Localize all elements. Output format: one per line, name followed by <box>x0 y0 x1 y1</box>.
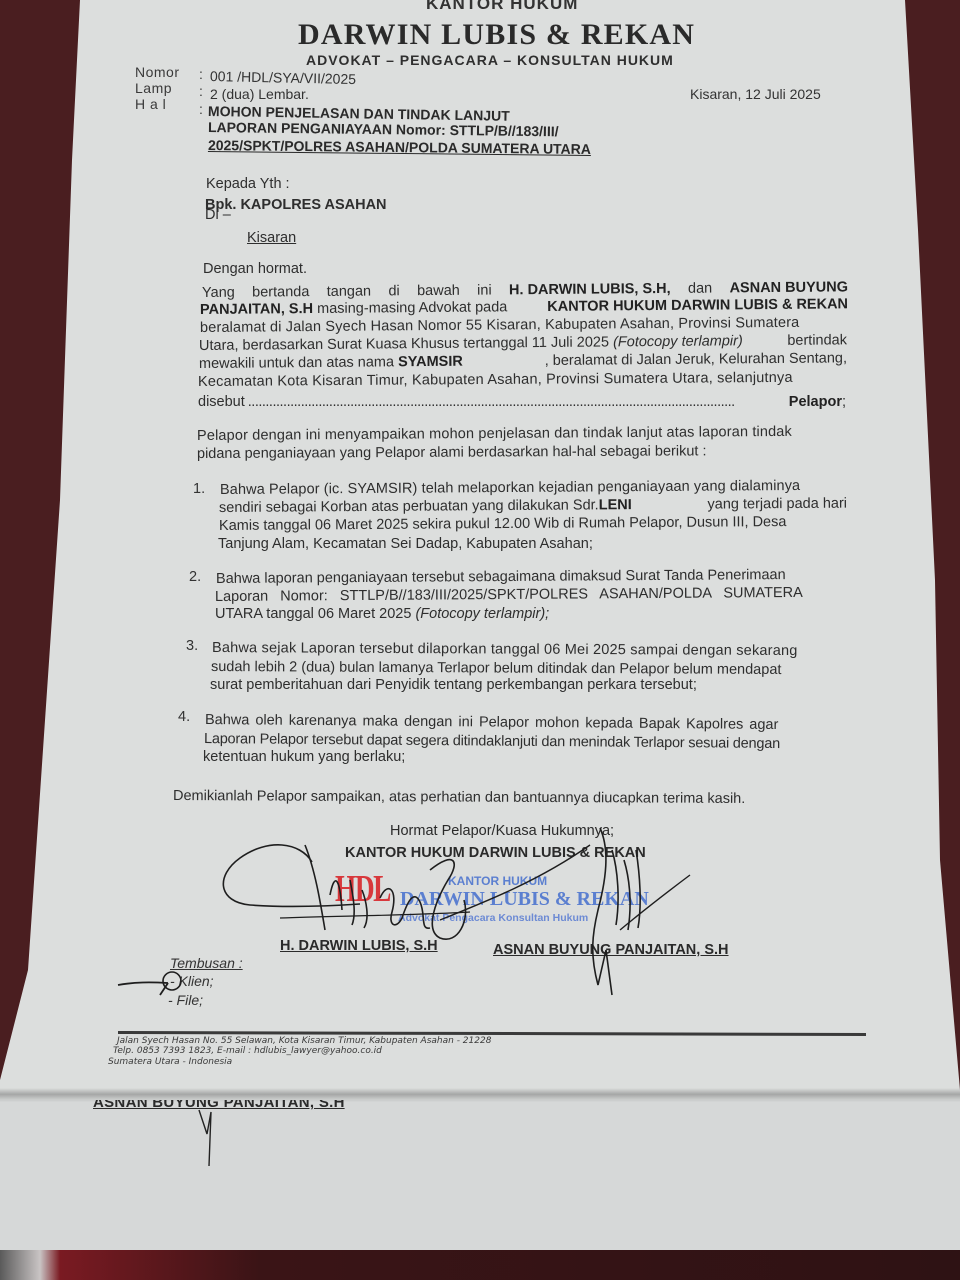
point-1-line-3: Kamis tanggal 06 Maret 2025 sekira pukul… <box>219 514 787 534</box>
footer-contact: Telp. 0853 7393 1823, E-mail : hdlubis_l… <box>113 1046 382 1056</box>
text: , beralamat di Jalan Jeruk, Kelurahan Se… <box>545 350 847 369</box>
nomor-value: 001 /HDL/SYA/VII/2025 <box>210 68 356 87</box>
point-1-line-1: Bahwa Pelapor (ic. SYAMSIR) telah melapo… <box>220 478 800 498</box>
signer-1-name: H. DARWIN LUBIS, S.H <box>280 938 438 954</box>
point-2-number: 2. <box>189 569 201 585</box>
point-2-line-3: UTARA tanggal 06 Maret 2025 (Fotocopy te… <box>215 606 549 622</box>
text: disebut <box>198 394 245 410</box>
intro-line-7: disebut ................................… <box>198 394 846 410</box>
accused-name-inline: LENI <box>599 497 632 513</box>
point-2-line-1: Bahwa laporan penganiayaan tersebut seba… <box>216 567 786 587</box>
point-4-number: 4. <box>178 709 190 725</box>
attachment-note: (Fotocopy terlampir); <box>415 606 549 622</box>
text: yang terjadi pada hari <box>703 496 847 513</box>
hal-line-3: 2025/SPKT/POLRES ASAHAN/POLDA SUMATERA U… <box>208 137 591 157</box>
place-date: Kisaran, 12 Juli 2025 <box>690 86 821 102</box>
stamp-line-2: DARWIN LUBIS & REKAN <box>400 888 649 911</box>
table-surface <box>0 1248 960 1280</box>
copies-label: Tembusan : <box>170 955 243 971</box>
signer-name-inline: ASNAN BUYUNG <box>729 279 848 296</box>
second-page-signature-stroke <box>195 1108 225 1168</box>
salutation: Dengan hormat. <box>203 261 307 277</box>
letterhead-firm-name: DARWIN LUBIS & REKAN <box>298 18 695 52</box>
point-3-line-1: Bahwa sejak Laporan tersebut dilaporkan … <box>212 640 798 659</box>
point-2-line-2: Laporan Nomor: STTLP/B//183/III/2025/SPK… <box>215 585 803 605</box>
text: UTARA tanggal 06 Maret 2025 <box>215 606 415 622</box>
signature-regards: Hormat Pelapor/Kuasa Hukumnya; <box>390 823 614 839</box>
text: mewakili untuk dan atas nama <box>199 354 398 372</box>
point-1-number: 1. <box>193 481 205 497</box>
stamp-line-3: Advokat Pengacara Konsultan Hukum <box>398 912 588 924</box>
text: ; <box>842 394 846 410</box>
intro-line-5: mewakili untuk dan atas nama SYAMSIR , b… <box>199 350 847 372</box>
nomor-colon: : <box>199 66 203 82</box>
word: bawah <box>417 283 460 299</box>
intro-line-6: Kecamatan Kota Kisaran Timur, Kabupaten … <box>198 370 793 390</box>
point-3-number: 3. <box>186 638 198 654</box>
signature-office: KANTOR HUKUM DARWIN LUBIS & REKAN <box>345 845 646 861</box>
letterhead-office-label: KANTOR HUKUM <box>426 0 578 14</box>
footer-region: Sumatera Utara - Indonesia <box>108 1057 232 1067</box>
text: sendiri sebagai Korban atas perbuatan ya… <box>219 497 599 516</box>
letterhead-tagline: ADVOKAT – PENGACARA – KONSULTAN HUKUM <box>306 52 674 68</box>
text: Utara, berdasarkan Surat Kuasa Khusus te… <box>199 334 613 354</box>
lamp-value: 2 (dua) Lembar. <box>210 86 309 102</box>
point-1-line-2: sendiri sebagai Korban atas perbuatan ya… <box>219 496 847 516</box>
hal-colon: : <box>199 101 203 117</box>
closing-sentence: Demikianlah Pelapor sampaikan, atas perh… <box>173 788 745 807</box>
second-page-sheet <box>0 1090 960 1250</box>
copies-item-file: - File; <box>168 992 203 1008</box>
lamp-label: Lamp <box>135 80 172 96</box>
point-4-line-1: Bahwa oleh karenanya maka dengan ini Pel… <box>205 712 779 733</box>
recipient-di: Di – <box>205 207 231 223</box>
firm-name-inline: KANTOR HUKUM DARWIN LUBIS & REKAN <box>547 296 848 315</box>
recipient-city: Kisaran <box>247 230 296 246</box>
point-4-line-3: ketentuan hukum yang berlaku; <box>203 749 405 765</box>
hal-line-2: LAPORAN PENGANIAYAAN Nomor: STTLP/B//183… <box>208 119 559 139</box>
stamp-hdl-logo: HDL <box>335 867 390 911</box>
point-1-line-4: Tanjung Alam, Kecamatan Sei Dadap, Kabup… <box>218 536 593 552</box>
text: bertindak <box>783 332 847 349</box>
point-3-line-3: surat pemberitahuan dari Penyidik tentan… <box>210 677 697 693</box>
signer-2-name: ASNAN BUYUNG PANJAITAN, S.H <box>493 942 729 958</box>
copies-item-client: - Klien; <box>170 973 214 989</box>
attachment-note: (Fotocopy terlampir) <box>613 333 743 350</box>
text: masing-masing Advokat pada <box>313 299 511 317</box>
footer-address: Jalan Syech Hasan No. 55 Selawan, Kota K… <box>117 1036 491 1046</box>
lamp-colon: : <box>199 83 203 99</box>
signer-name-inline: PANJAITAN, S.H <box>200 301 313 318</box>
recipient-name: Bpk. KAPOLRES ASAHAN <box>205 197 387 213</box>
nomor-label: Nomor <box>135 64 180 80</box>
paper-fold-shadow <box>0 1088 960 1102</box>
signer-name-inline: H. DARWIN LUBIS, S.H, <box>509 281 671 298</box>
client-name-inline: SYAMSIR <box>398 354 463 371</box>
point-3-line-2: sudah lebih 2 (dua) bulan lamanya Terlap… <box>211 659 782 678</box>
word: Yang <box>202 285 235 301</box>
letter-page: KANTOR HUKUM DARWIN LUBIS & REKAN ADVOKA… <box>0 0 960 1100</box>
word: tangan <box>327 284 371 300</box>
purpose-line-1: Pelapor dengan ini menyampaikan mohon pe… <box>197 424 792 444</box>
recipient-kepada: Kepada Yth : <box>206 176 290 192</box>
word: dan <box>688 281 712 297</box>
pelapor-term: Pelapor <box>789 394 842 410</box>
purpose-line-2: pidana penganiayaan yang Pelapor alami b… <box>197 443 707 462</box>
dot-leader: ........................................… <box>248 394 786 410</box>
stamp-line-1: KANTOR HUKUM <box>448 874 547 888</box>
word: ini <box>477 282 492 298</box>
word: bertanda <box>252 284 309 300</box>
hal-label: H a l <box>135 96 166 112</box>
word: di <box>388 283 399 299</box>
